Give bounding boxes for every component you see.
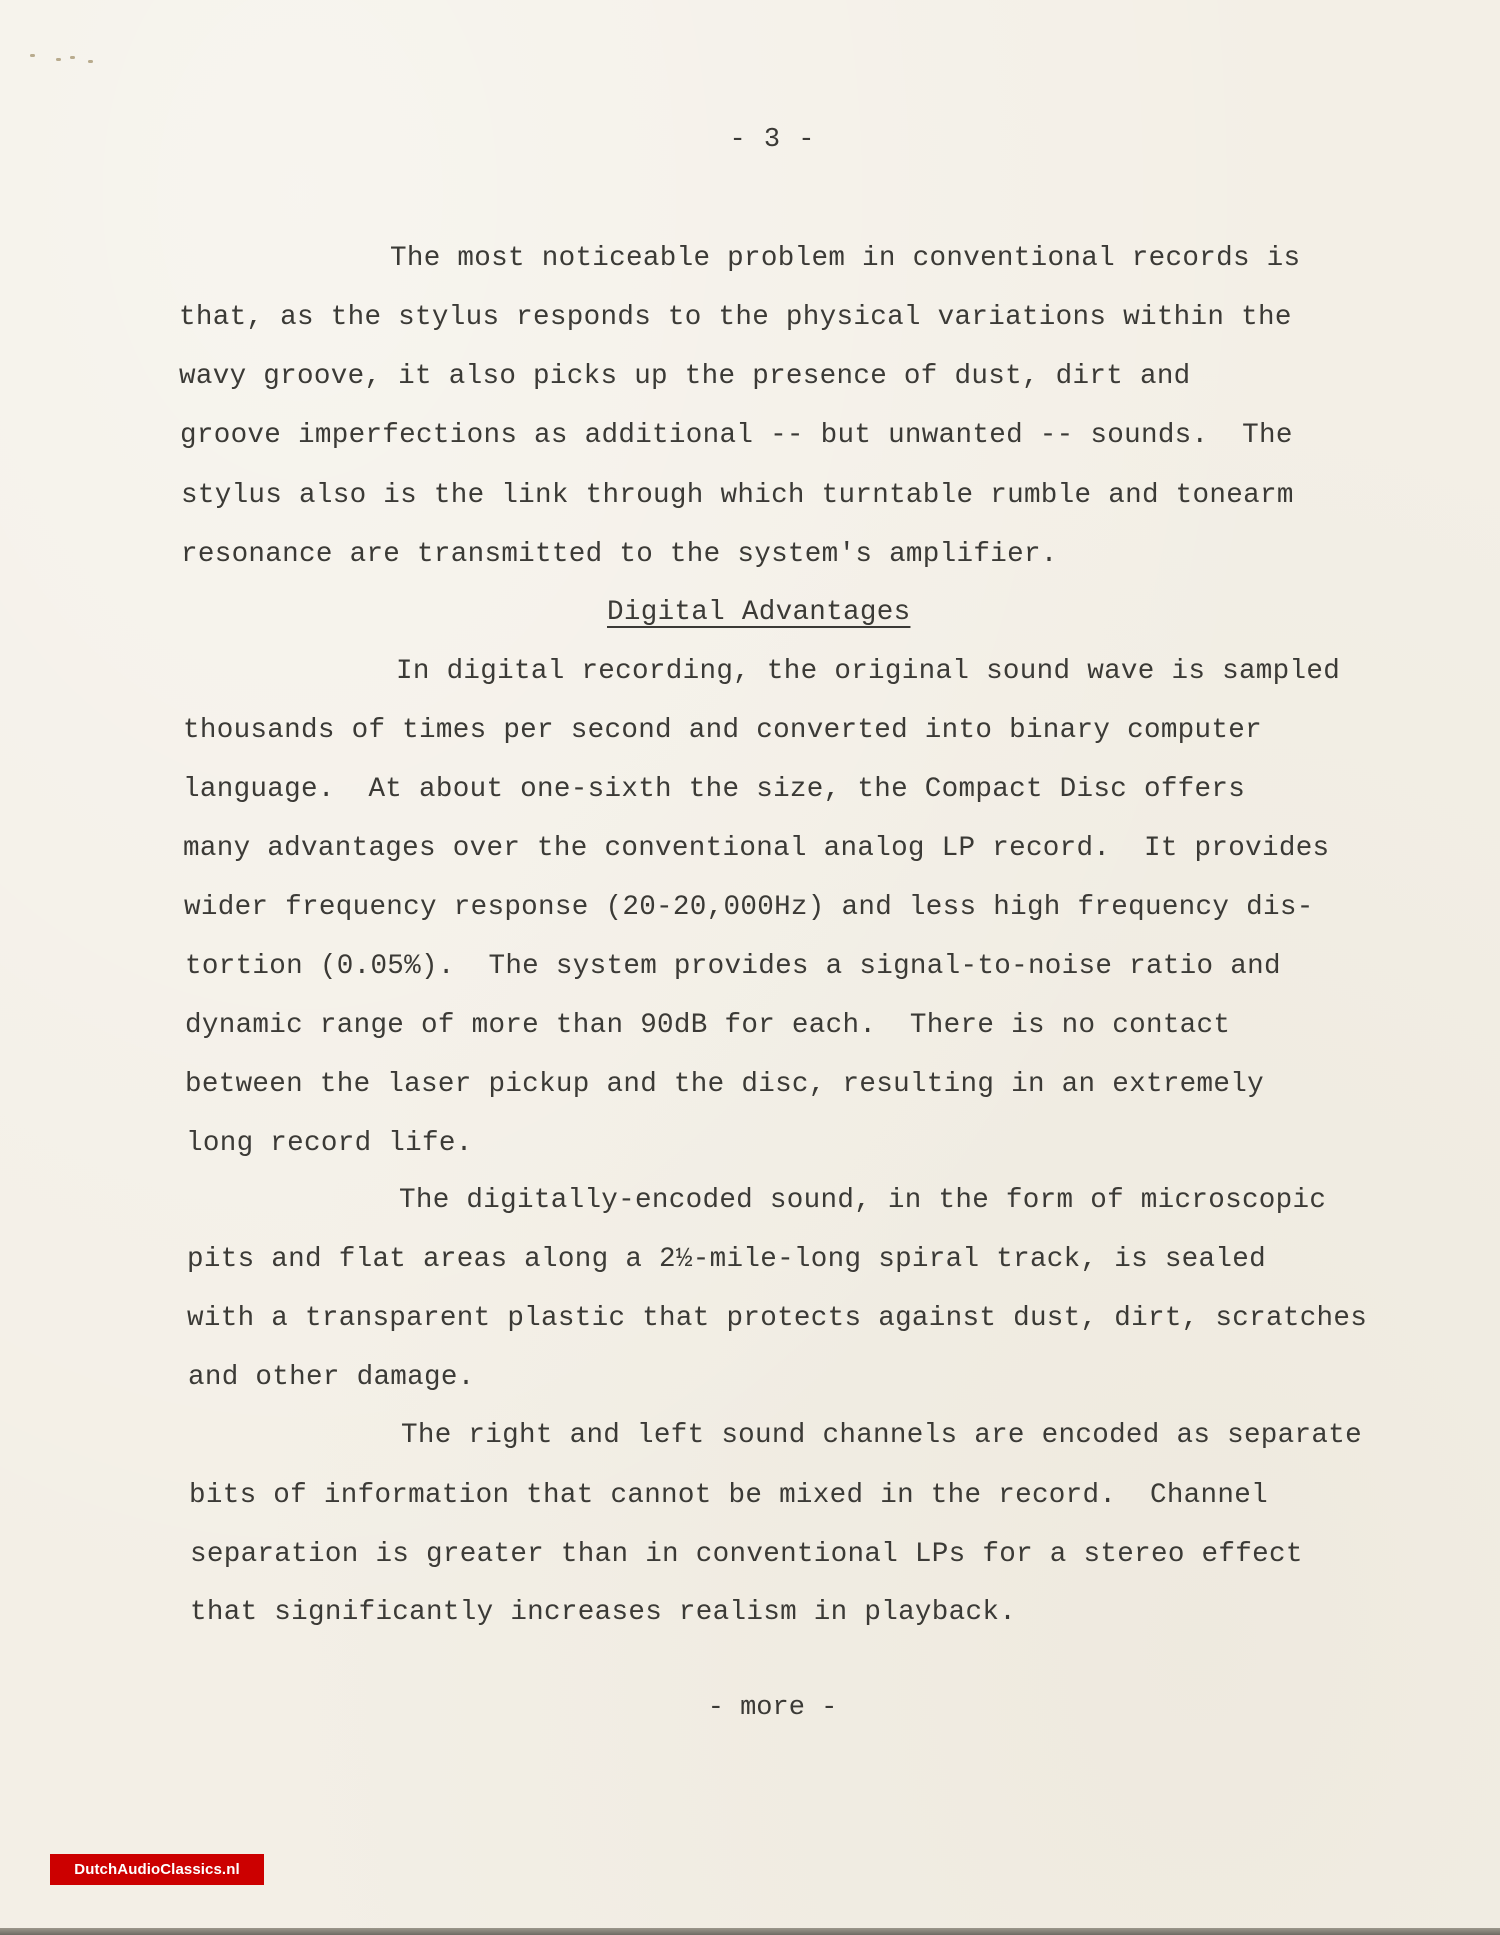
text-line: thousands of times per second and conver… — [183, 717, 1262, 745]
text-line: bits of information that cannot be mixed… — [189, 1482, 1268, 1510]
watermark-label: DutchAudioClassics.nl — [74, 1861, 239, 1878]
text-line: with a transparent plastic that protects… — [187, 1305, 1367, 1333]
text-line: pits and flat areas along a 2½-mile-long… — [187, 1246, 1266, 1274]
text-line: groove imperfections as additional -- bu… — [180, 422, 1293, 450]
text-line: that, as the stylus responds to the phys… — [179, 304, 1292, 332]
text-line: resonance are transmitted to the system'… — [181, 541, 1058, 569]
corner-staple-marks — [22, 52, 132, 66]
section-heading: Digital Advantages — [607, 599, 910, 627]
text-line: separation is greater than in convention… — [190, 1541, 1303, 1569]
text-line: In digital recording, the original sound… — [396, 658, 1340, 686]
continuation-marker: - more - — [0, 1693, 1500, 1723]
text-line: many advantages over the conventional an… — [183, 835, 1329, 863]
text-line: The right and left sound channels are en… — [401, 1422, 1362, 1450]
text-line: tortion (0.05%). The system provides a s… — [185, 953, 1281, 981]
scan-bottom-edge — [0, 1928, 1500, 1935]
text-line: long record life. — [186, 1130, 473, 1158]
page-number: - 3 - — [0, 125, 1500, 155]
text-line: and other damage. — [188, 1364, 475, 1392]
text-line: The most noticeable problem in conventio… — [390, 245, 1300, 273]
text-line: The digitally-encoded sound, in the form… — [399, 1187, 1326, 1215]
text-line: wider frequency response (20-20,000Hz) a… — [184, 894, 1314, 922]
text-line: between the laser pickup and the disc, r… — [185, 1071, 1264, 1099]
text-line: dynamic range of more than 90dB for each… — [185, 1012, 1230, 1040]
watermark-badge[interactable]: DutchAudioClassics.nl — [50, 1854, 264, 1885]
text-line: wavy groove, it also picks up the presen… — [179, 363, 1191, 391]
text-line: that significantly increases realism in … — [190, 1599, 1016, 1627]
text-line: stylus also is the link through which tu… — [181, 482, 1294, 510]
text-line: language. At about one-sixth the size, t… — [183, 776, 1245, 804]
